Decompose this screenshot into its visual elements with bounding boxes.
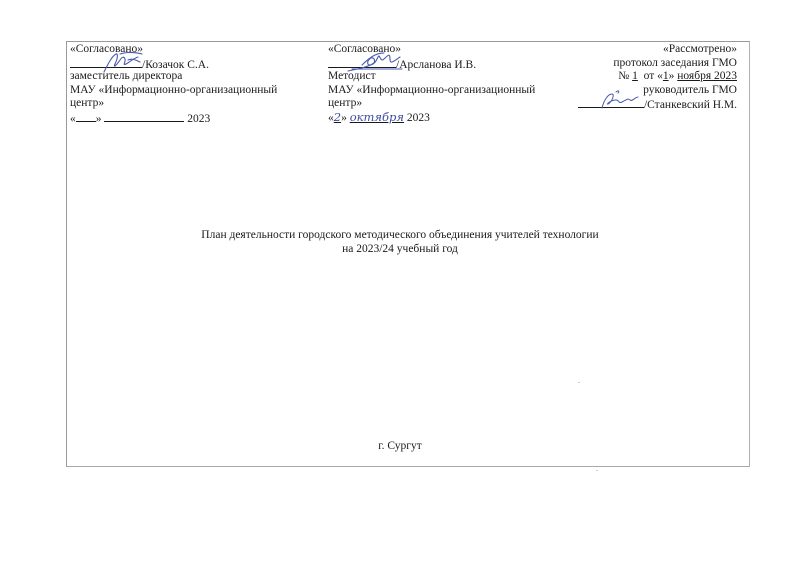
signatory-position: заместитель директора <box>70 70 277 84</box>
city-label: г. Сургут <box>0 440 800 454</box>
title-line1: План деятельности городского методическо… <box>0 229 800 243</box>
handwritten-month: октября <box>350 110 404 124</box>
approval-block-middle: «Согласовано» /Арсланова И.В. Методист М… <box>328 43 535 124</box>
organization-line1: МАУ «Информационно-организационный <box>328 84 535 98</box>
reviewer-name: /Станкевский Н.М. <box>644 99 737 111</box>
document-title: План деятельности городского методическо… <box>0 229 800 256</box>
scan-speck <box>596 470 598 471</box>
review-block-right: «Рассмотрено» протокол заседания ГМО № 1… <box>578 43 737 111</box>
month-blank <box>104 111 184 122</box>
review-heading: «Рассмотрено» <box>578 43 737 57</box>
approval-heading: «Согласовано» <box>70 43 277 57</box>
scan-speck <box>578 382 580 383</box>
organization-line2: центр» <box>328 97 535 111</box>
signature-line: /Козачок С.А. <box>70 57 277 71</box>
signature-line: /Станкевский Н.М. <box>578 97 737 111</box>
signature-blank <box>328 57 396 68</box>
signature-blank <box>70 57 142 68</box>
signatory-name: /Арсланова И.В. <box>396 59 476 71</box>
protocol-number-date: № 1 от «1» ноября 2023 <box>578 70 737 84</box>
signature-line: /Арсланова И.В. <box>328 57 535 71</box>
day-blank <box>76 111 96 122</box>
signatory-name: /Козачок С.А. <box>142 59 209 71</box>
signatory-position: Методист <box>328 70 535 84</box>
organization-line2: центр» <box>70 97 277 111</box>
approval-block-left: «Согласовано» /Козачок С.А. заместитель … <box>70 43 277 124</box>
handwritten-day: 2 <box>334 110 341 124</box>
title-line2: на 2023/24 учебный год <box>0 243 800 257</box>
approval-date: «2» октября 2023 <box>328 111 535 125</box>
protocol-label: протокол заседания ГМО <box>578 57 737 71</box>
reviewer-position: руководитель ГМО <box>578 84 737 98</box>
organization-line1: МАУ «Информационно-организационный <box>70 84 277 98</box>
approval-heading: «Согласовано» <box>328 43 535 57</box>
approval-date: «» 2023 <box>70 111 277 125</box>
signature-blank <box>578 97 644 108</box>
